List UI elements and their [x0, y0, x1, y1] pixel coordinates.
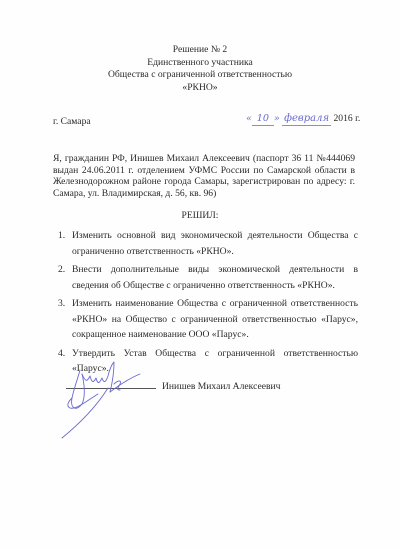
item-number: 2.: [58, 262, 65, 278]
date-year: 2016 г.: [333, 113, 360, 124]
organization-name: «РКНО»: [0, 82, 400, 95]
date-day: 10: [252, 113, 274, 126]
resolution-item: 1. Изменить основной вид экономической д…: [58, 228, 358, 259]
date-month: февраля: [282, 112, 331, 126]
city: г. Самара: [53, 116, 91, 128]
item-text: Изменить основной вид экономической деят…: [72, 230, 358, 257]
organization-line: Общества с ограниченной ответственностью: [0, 69, 400, 82]
resolution-item: 2. Внести дополнительные виды экономичес…: [58, 262, 358, 293]
document-header: Решение № 2 Единственного участника Обще…: [0, 44, 400, 94]
document-title: Решение № 2: [0, 44, 400, 57]
signature-block: Инишев Михаил Алексеевич: [58, 360, 358, 450]
handwritten-signature-icon: [58, 358, 168, 448]
item-number: 3.: [58, 296, 65, 312]
document-page: Решение № 2 Единственного участника Обще…: [0, 0, 400, 550]
item-text: Изменить наименование Общества с огранич…: [72, 298, 358, 340]
document-subtitle: Единственного участника: [0, 57, 400, 70]
resolved-heading: РЕШИЛ:: [0, 210, 400, 222]
resolution-list: 1. Изменить основной вид экономической д…: [58, 228, 358, 380]
document-date: «10» февраля 2016 г.: [246, 112, 360, 126]
date-close-quote: »: [274, 113, 280, 124]
preamble-paragraph: Я, гражданин РФ, Инишев Михаил Алексееви…: [53, 153, 355, 199]
item-text: Внести дополнительные виды экономической…: [72, 264, 358, 291]
resolution-item: 3. Изменить наименование Общества с огра…: [58, 296, 358, 343]
signatory-name: Инишев Михаил Алексеевич: [162, 381, 280, 393]
item-number: 1.: [58, 228, 65, 244]
